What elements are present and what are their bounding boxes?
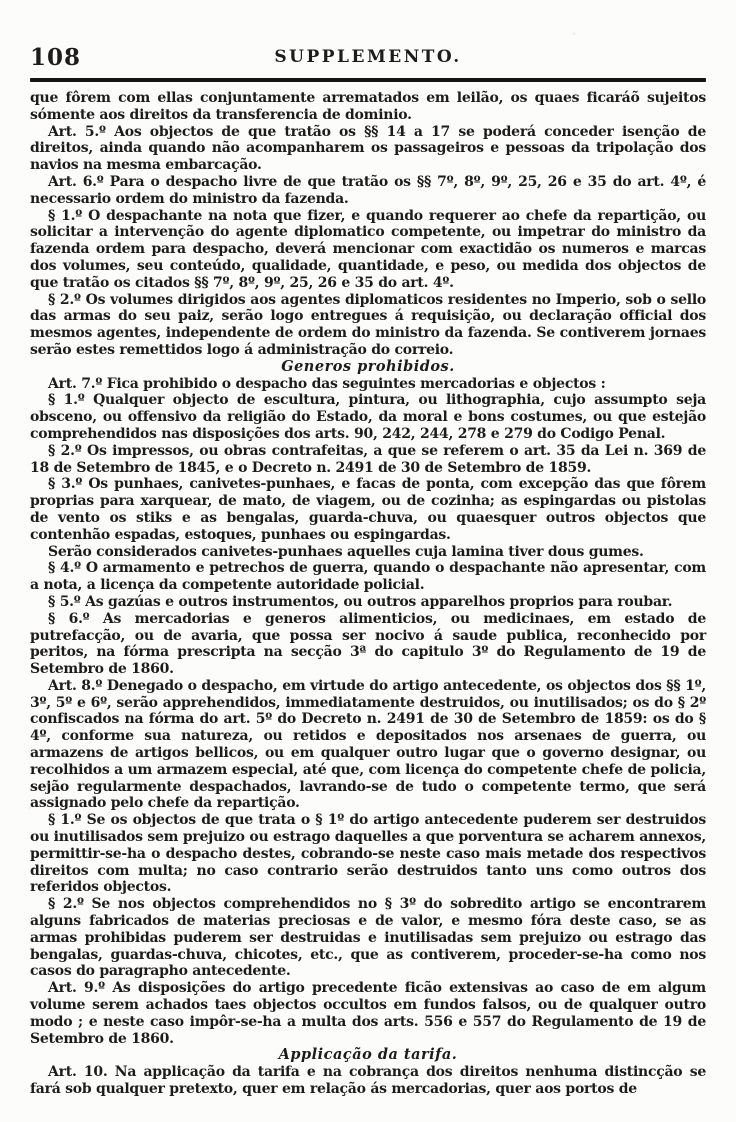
paragraph: § 2.º Os impressos, ou obras contrafeita…: [30, 443, 706, 477]
document-page: 108 SUPPLEMENTO. que fôrem com ellas con…: [0, 0, 736, 1122]
document-body: que fôrem com ellas conjuntamente arrema…: [30, 90, 706, 1098]
paragraph: que fôrem com ellas conjuntamente arrema…: [30, 90, 706, 124]
paragraph: Art. 7.º Fica prohibido o despacho das s…: [30, 376, 706, 393]
journal-title: SUPPLEMENTO.: [30, 47, 706, 67]
paragraph: § 4.º O armamento e petrechos de guerra,…: [30, 560, 706, 594]
paragraph: § 3.º Os punhaes, canivetes-punhaes, e f…: [30, 476, 706, 543]
section-heading: Generos prohibidos.: [30, 359, 706, 376]
paragraph: § 1.º O despachante na nota que fizer, e…: [30, 208, 706, 292]
paragraph: § 1.º Qualquer objecto de escultura, pin…: [30, 392, 706, 442]
paragraph: Art. 6.º Para o despacho livre de que tr…: [30, 174, 706, 208]
paragraph: § 2.º Os volumes dirigidos aos agentes d…: [30, 292, 706, 359]
paragraph: Serão considerados canivetes-punhaes aqu…: [30, 544, 706, 561]
paragraph: Art. 10. Na applicação da tarifa e na co…: [30, 1064, 706, 1098]
paragraph: Art. 5.º Aos objectos de que tratão os §…: [30, 124, 706, 174]
header-rule: [30, 78, 706, 82]
section-heading: Applicação da tarifa.: [30, 1047, 706, 1064]
paragraph: § 5.º As gazúas e outros instrumentos, o…: [30, 594, 706, 611]
paragraph: § 2.º Se nos objectos comprehendidos no …: [30, 896, 706, 980]
paragraph: § 6.º As mercadorias e generos alimentic…: [30, 611, 706, 678]
paragraph: Art. 8.º Denegado o despacho, em virtude…: [30, 678, 706, 812]
page-header: 108 SUPPLEMENTO.: [30, 44, 706, 74]
paragraph: § 1.º Se os objectos de que trata o § 1º…: [30, 812, 706, 896]
paragraph: Art. 9.º As disposições do artigo preced…: [30, 980, 706, 1047]
